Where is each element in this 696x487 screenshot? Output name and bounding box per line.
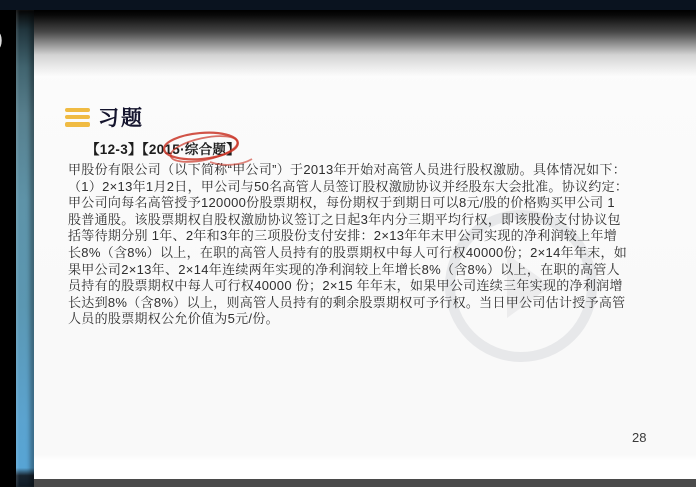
top-shadow-gradient	[34, 10, 696, 76]
bottom-window-bar	[34, 479, 696, 487]
edge-cut-text: )	[0, 28, 3, 52]
video-player-frame: ) 习题 【12-3】【2015·综合题】 甲股份有限公司（以下简称“甲公司”）…	[0, 0, 696, 487]
left-edge-column: )	[0, 0, 16, 487]
hamburger-list-icon	[65, 108, 90, 127]
top-window-bar	[0, 0, 696, 10]
slide-page-number: 28	[632, 430, 646, 445]
slide-title: 习题	[98, 102, 144, 132]
question-heading: 【12-3】【2015·综合题】	[86, 138, 240, 158]
side-accent-strip	[16, 10, 34, 487]
slide-area: 习题 【12-3】【2015·综合题】 甲股份有限公司（以下简称“甲公司”）于2…	[34, 10, 696, 487]
question-body-text: 甲股份有限公司（以下简称“甲公司”）于2013年开始对高管人员进行股权激励。具体…	[68, 162, 658, 328]
